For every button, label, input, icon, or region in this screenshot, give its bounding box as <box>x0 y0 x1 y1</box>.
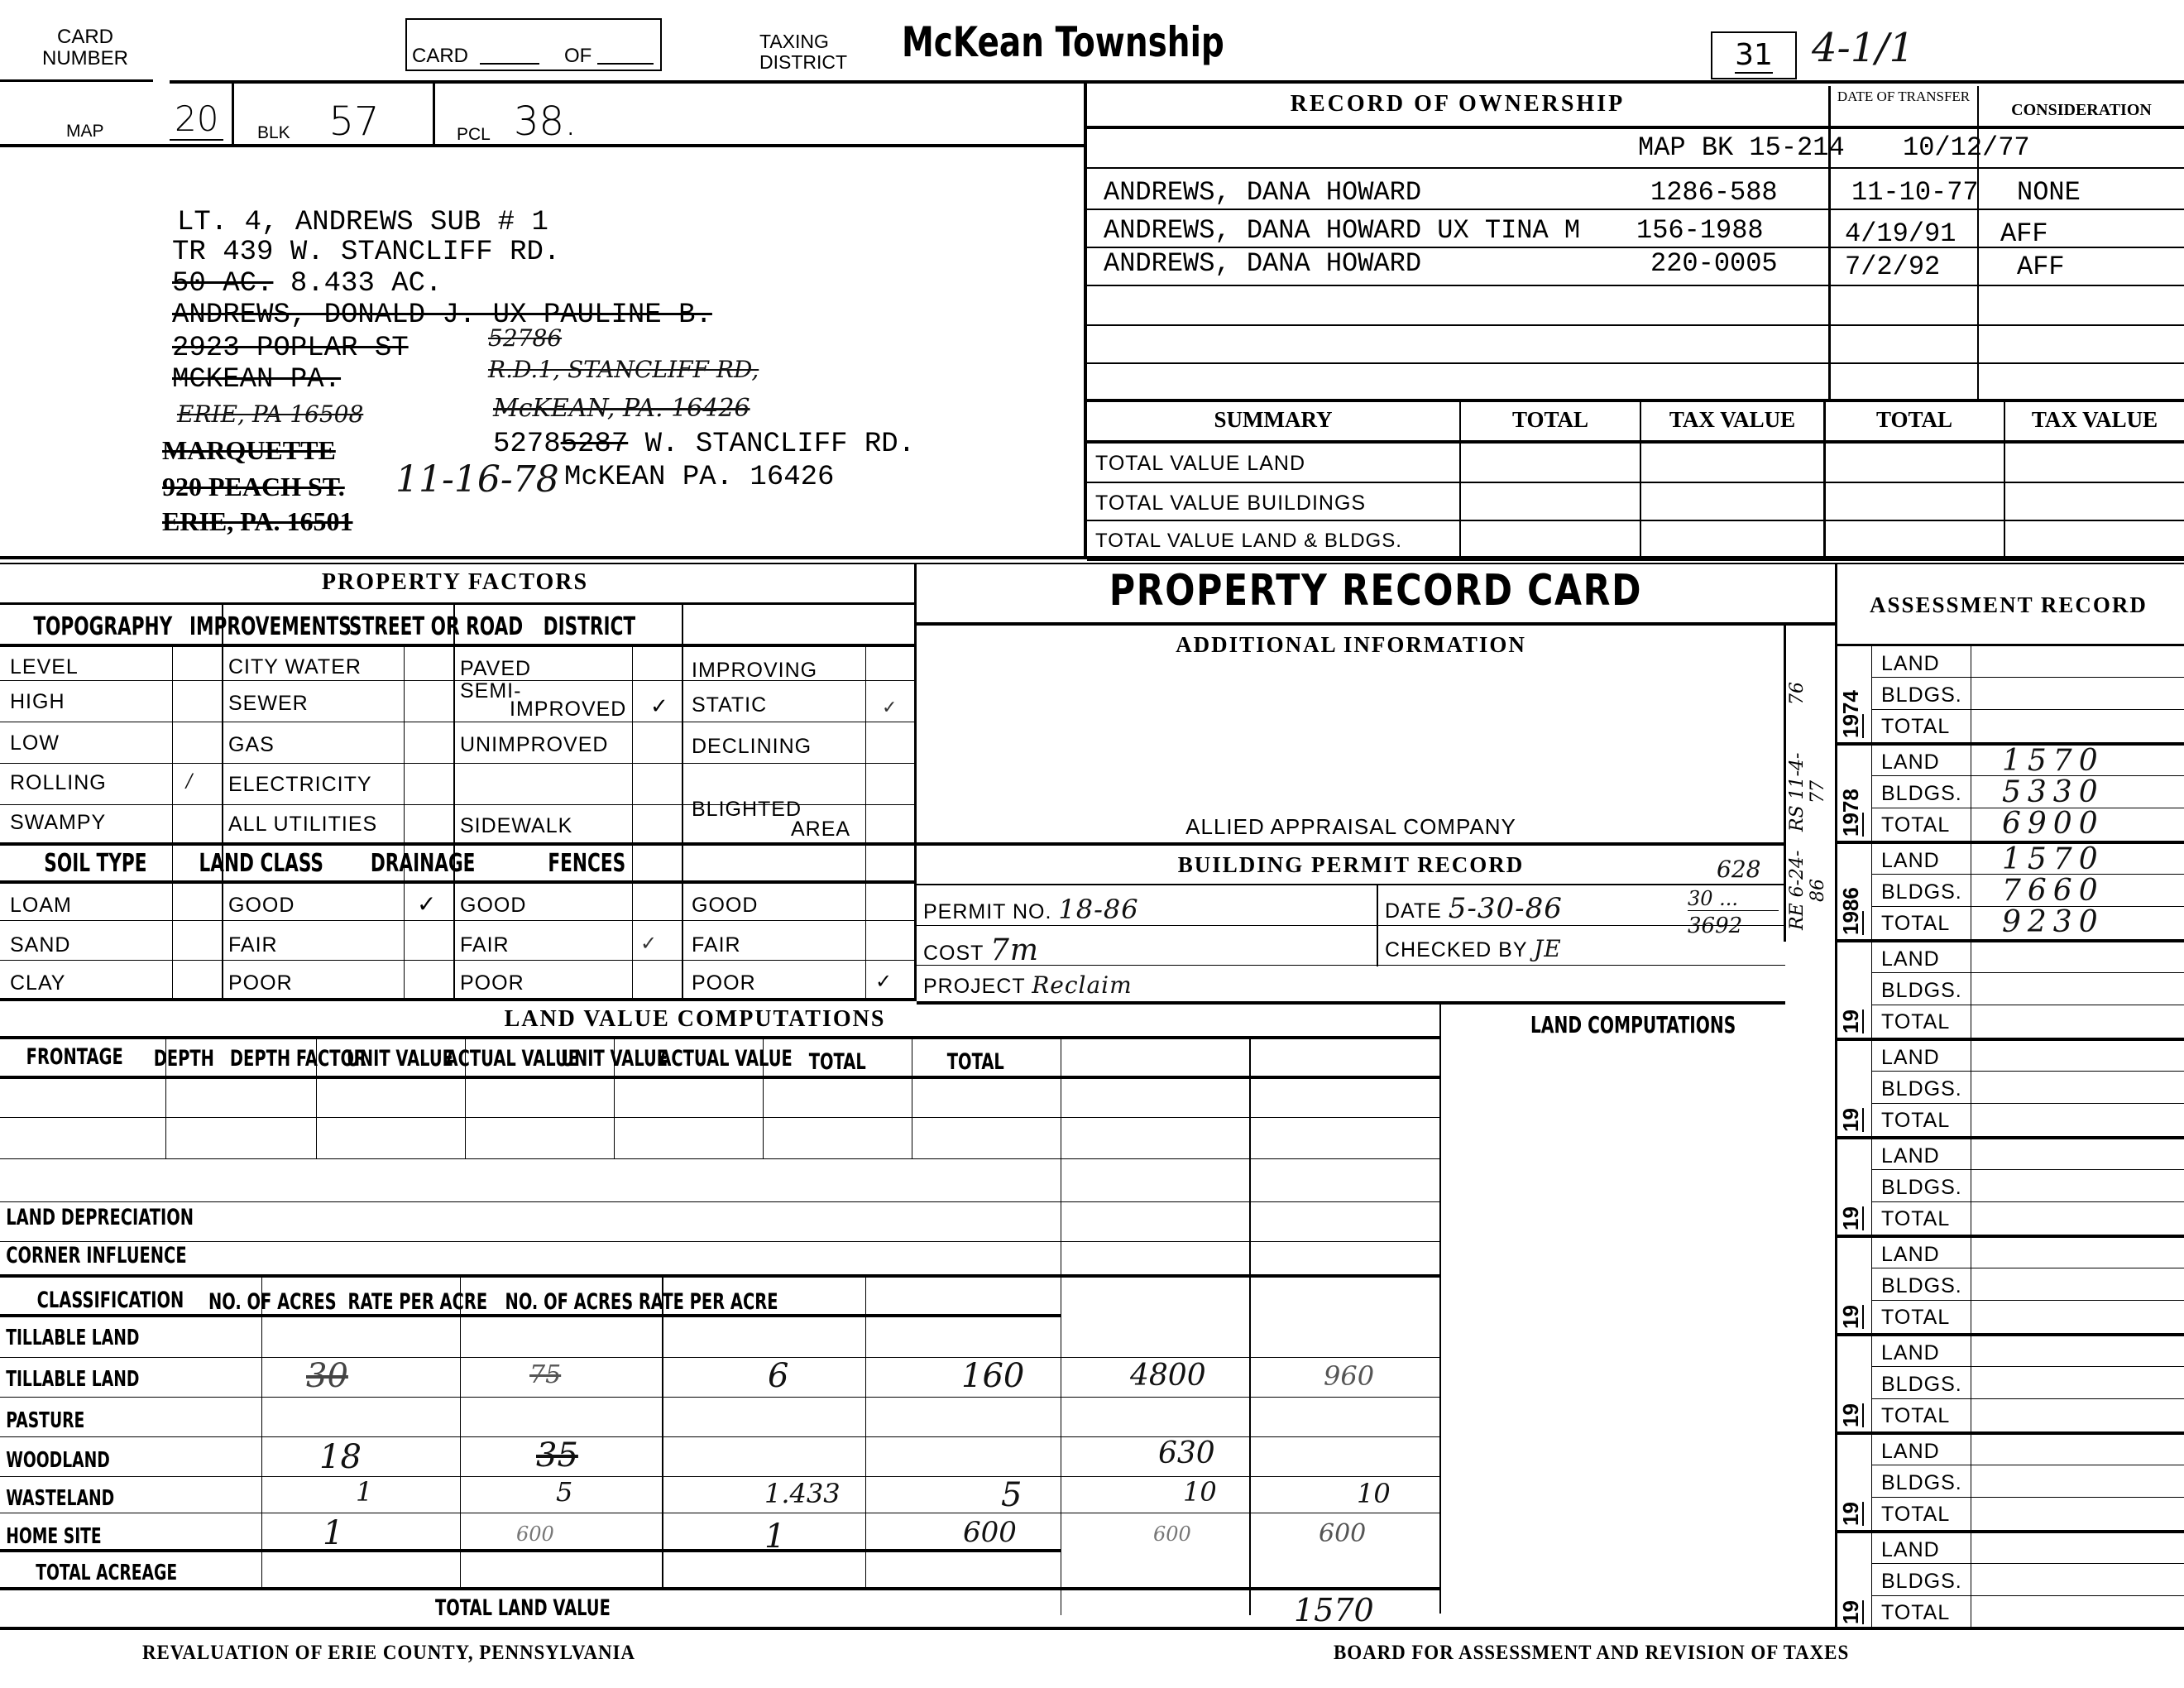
assessment-total-label: TOTAL <box>1881 715 1950 739</box>
permit-title: BUILDING PERMIT RECORD <box>917 852 1785 878</box>
ownership-row-0-date: 10/12/77 <box>1903 132 2030 163</box>
street-road-header: STREET OR ROAD <box>349 612 523 641</box>
pcl-field[interactable]: PCL 38. <box>435 84 1085 146</box>
topo-high: HIGH <box>10 690 65 714</box>
col-total-1: TOTAL <box>809 1049 866 1075</box>
ownership-row-0-book: MAP BK 15-214 <box>1638 132 1845 163</box>
legal-line-marquette: MARQUETTE <box>162 435 336 466</box>
assessment-side-note: RS 11-4-77 <box>1787 750 1833 833</box>
total-acreage-label: TOTAL ACREAGE <box>36 1561 177 1585</box>
assessment-bldgs-label: BLDGS. <box>1881 1373 1962 1397</box>
land-class-header: LAND CLASS <box>199 849 323 878</box>
assessment-total-label: TOTAL <box>1881 1404 1950 1428</box>
fences-poor: POOR <box>692 971 756 995</box>
ownership-row-2-date: 4/19/91 <box>1845 218 1956 249</box>
ownership-row-2-consideration: AFF <box>2000 218 2048 249</box>
assessment-total-label: TOTAL <box>1881 912 1950 936</box>
assessment-land-label: LAND <box>1881 652 1940 676</box>
assessment-bldgs-label: BLDGS. <box>1881 1077 1962 1101</box>
assessment-year: 19 <box>1838 1043 1868 1132</box>
imp-gas: GAS <box>228 733 275 757</box>
legal-line-prev-owner: ANDREWS, DONALD J. UX PAULINE B. <box>172 300 712 331</box>
land-computations-title: LAND COMPUTATIONS <box>1530 1011 1736 1038</box>
ownership-row-3-consideration: AFF <box>2017 252 2065 282</box>
assessment-side-note <box>1787 947 1833 1030</box>
ownership-row-2-book: 156-1988 <box>1636 215 1764 246</box>
ownership-row-3-name: ANDREWS, DANA HOWARD <box>1104 248 1421 279</box>
assessment-bldgs-label: BLDGS. <box>1881 683 1962 707</box>
assessment-land-label: LAND <box>1881 1440 1940 1464</box>
soil-sand: SAND <box>10 933 70 957</box>
soil-loam: LOAM <box>10 894 72 918</box>
current-address-line1: 52785287 W. STANCLIFF RD. <box>493 429 915 460</box>
legal-line-prev-street: 2923 POPLAR ST <box>172 333 409 364</box>
ownership-row-1-name: ANDREWS, DANA HOWARD <box>1104 177 1421 208</box>
address-change-date: 11-16-78 <box>395 458 559 501</box>
assessment-bldgs-label: BLDGS. <box>1881 1570 1962 1594</box>
class-row-3-total1: 630 <box>1158 1436 1215 1470</box>
legal-line-peach: 920 PEACH ST. <box>162 472 345 502</box>
permit-side-note-1: 628 <box>1717 856 1760 883</box>
card-box-number: 31 <box>1711 31 1797 79</box>
class-row-4-total2: 10 <box>1357 1478 1391 1509</box>
class-row-4-rate2: 5 <box>1001 1476 1022 1514</box>
card-title: PROPERTY RECORD CARD <box>999 566 1752 616</box>
land-class-good-check[interactable]: ✓ <box>417 890 437 918</box>
drainage-good: GOOD <box>460 894 526 918</box>
assessment-total-value[interactable]: 6900 <box>2002 807 2105 841</box>
imp-all-utilities: ALL UTILITIES <box>228 813 377 837</box>
legal-line-acreage: 50 AC. 8.433 AC. <box>172 268 442 300</box>
street-semi-improved-check[interactable]: ✓ <box>650 693 669 719</box>
handwritten-struck-1: 52786 <box>488 324 562 352</box>
assessment-land-label: LAND <box>1881 1243 1940 1267</box>
permit-project-field[interactable]: PROJECT Reclaim <box>923 971 1133 999</box>
assessment-land-label: LAND <box>1881 947 1940 971</box>
assessment-land-label: LAND <box>1881 1046 1940 1070</box>
additional-info-title: ADDITIONAL INFORMATION <box>917 632 1785 658</box>
drainage-poor: POOR <box>460 971 524 995</box>
class-row-1-acres1: 30 <box>306 1357 348 1395</box>
total-land-value-label: TOTAL LAND VALUE <box>435 1595 611 1621</box>
legal-line-erie: ERIE, PA. 16501 <box>162 506 353 537</box>
improvements-header: IMPROVEMENTS <box>189 612 352 641</box>
class-row-0-label: TILLABLE LAND <box>6 1326 139 1350</box>
land-value-title: LAND VALUE COMPUTATIONS <box>463 1006 927 1033</box>
district-static-check[interactable]: ✓ <box>882 697 898 718</box>
soil-type-header: SOIL TYPE <box>44 849 146 878</box>
district-declining: DECLINING <box>692 735 812 759</box>
land-class-fair: FAIR <box>228 933 278 957</box>
class-row-3-acres1: 18 <box>319 1438 362 1476</box>
footer-right: BOARD FOR ASSESSMENT AND REVISION OF TAX… <box>1334 1642 1849 1665</box>
class-row-1-rate2: 160 <box>961 1357 1024 1395</box>
handwritten-struck-3: McKEAN, PA. 16426 <box>493 394 750 423</box>
class-row-5-rate2: 600 <box>963 1516 1017 1549</box>
class-row-1-total1: 4800 <box>1130 1359 1206 1393</box>
assessment-total-value[interactable]: 9230 <box>2002 905 2105 939</box>
land-class-poor: POOR <box>228 971 293 995</box>
footer-left: REVALUATION OF ERIE COUNTY, PENNSYLVANIA <box>142 1642 635 1665</box>
street-sidewalk: SIDEWALK <box>460 814 572 838</box>
class-row-3-label: WOODLAND <box>6 1448 110 1473</box>
assessment-land-value[interactable]: 1570 <box>2002 842 2105 876</box>
summary-tax-header: TAX VALUE <box>1641 407 1823 433</box>
fences-good: GOOD <box>692 894 758 918</box>
ownership-row-1-date: 11-10-77 <box>1851 177 1979 208</box>
soil-clay: CLAY <box>10 971 65 995</box>
summary-total-header: TOTAL <box>1461 407 1640 433</box>
fences-poor-check[interactable]: ✓ <box>875 970 893 994</box>
drainage-fair: FAIR <box>460 933 510 957</box>
assessment-year: 19 <box>1838 1338 1868 1427</box>
permit-date-field[interactable]: DATE 5-30-86 <box>1385 892 1563 925</box>
date-of-transfer-header: DATE OF TRANSFER <box>1830 89 1977 104</box>
col-acres-2: NO. OF ACRES <box>505 1289 634 1315</box>
class-row-3-rate1: 35 <box>536 1436 578 1475</box>
assessment-year: 19 <box>1838 1141 1868 1230</box>
summary-row-buildings: TOTAL VALUE BUILDINGS <box>1095 492 1366 516</box>
topo-swampy: SWAMPY <box>10 811 106 835</box>
summary-row-land: TOTAL VALUE LAND <box>1095 452 1305 476</box>
class-row-4-rate1: 5 <box>556 1476 572 1508</box>
ownership-row-3-book: 220-0005 <box>1650 248 1778 279</box>
topo-low: LOW <box>10 731 60 755</box>
assessment-side-note <box>1787 1243 1833 1326</box>
assessment-year: 19 <box>1838 1240 1868 1329</box>
property-factors-title: PROPERTY FACTORS <box>0 569 910 596</box>
ownership-title: RECORD OF OWNERSHIP <box>1087 91 1828 117</box>
drainage-fair-check[interactable]: ✓ <box>640 932 658 956</box>
imp-sewer: SEWER <box>228 692 309 716</box>
assessment-year: 19 <box>1838 944 1868 1033</box>
col-rate-1: RATE PER ACRE <box>347 1289 487 1315</box>
assessment-total-label: TOTAL <box>1881 1109 1950 1133</box>
assessment-year: 19 <box>1838 1436 1868 1526</box>
legal-line-prev-city: MCKEAN PA. <box>172 364 341 396</box>
assessment-land-label: LAND <box>1881 849 1940 873</box>
class-row-5-total1: 600 <box>1153 1523 1191 1546</box>
summary-total2-header: TOTAL <box>1825 407 2004 433</box>
col-total-2: TOTAL <box>947 1049 1004 1075</box>
ownership-row-1-consideration: NONE <box>2017 177 2081 208</box>
class-row-2-label: PASTURE <box>6 1408 84 1433</box>
class-row-4-label: WASTELAND <box>6 1486 114 1511</box>
col-frontage: FRONTAGE <box>26 1044 123 1070</box>
assessment-title: ASSESSMENT RECORD <box>1870 592 2148 618</box>
street-paved: PAVED <box>460 657 531 681</box>
assessment-year: 19 <box>1838 1535 1868 1624</box>
col-classification: CLASSIFICATION <box>37 1288 184 1313</box>
col-acres-1: NO. OF ACRES <box>208 1289 337 1315</box>
permit-no-field[interactable]: PERMIT NO. 18-86 <box>923 894 1139 925</box>
class-row-1-total2: 960 <box>1324 1360 1374 1392</box>
assessment-land-value[interactable]: 1570 <box>2002 744 2105 778</box>
class-row-5-acres1: 1 <box>323 1514 343 1552</box>
assessment-side-note: RE 6-24-86 <box>1787 849 1833 932</box>
assessment-total-label: TOTAL <box>1881 1503 1950 1527</box>
col-actual-value-2: ACTUAL VALUE <box>659 1046 792 1072</box>
assessment-total-label: TOTAL <box>1881 813 1950 837</box>
permit-side-note-2: 30 ... <box>1688 887 1779 911</box>
taxing-district-value: McKean Township <box>902 18 1224 66</box>
box-handwritten-note: 4-1/1 <box>1812 25 1914 71</box>
class-row-4-total1: 10 <box>1183 1476 1217 1508</box>
assessment-side-note <box>1787 1144 1833 1227</box>
topo-rolling-check[interactable]: / <box>186 771 193 792</box>
legal-line-lot: LT. 4, ANDREWS SUB # 1 <box>177 207 548 238</box>
card-number-label: CARD NUMBER <box>23 26 147 70</box>
topo-level: LEVEL <box>10 655 79 679</box>
assessment-bldgs-label: BLDGS. <box>1881 782 1962 806</box>
assessment-bldgs-label: BLDGS. <box>1881 1274 1962 1298</box>
appraisal-company: ALLIED APPRAISAL COMPANY <box>917 814 1785 840</box>
map-field[interactable]: MAP 20 <box>0 84 232 146</box>
permit-checked-field[interactable]: CHECKED BY JE <box>1385 935 1562 962</box>
assessment-bldgs-label: BLDGS. <box>1881 979 1962 1003</box>
assessment-side-note <box>1787 1046 1833 1129</box>
assessment-bldgs-value[interactable]: 7660 <box>2002 874 2105 908</box>
permit-cost-field[interactable]: COST 7m <box>923 933 1039 967</box>
summary-row-total: TOTAL VALUE LAND & BLDGS. <box>1095 530 1402 553</box>
class-row-1-rate1: 75 <box>529 1360 561 1389</box>
permit-side-note-3: 3692 <box>1688 914 1742 938</box>
assessment-year: 1986 <box>1838 846 1868 935</box>
assessment-side-note <box>1787 1440 1833 1523</box>
assessment-total-label: TOTAL <box>1881 1601 1950 1625</box>
blk-field[interactable]: BLK 57 <box>234 84 433 146</box>
assessment-side-note <box>1787 1538 1833 1621</box>
col-unit-value-1: UNIT VALUE <box>347 1046 453 1072</box>
imp-electricity: ELECTRICITY <box>228 773 372 797</box>
assessment-year: 1974 <box>1838 649 1868 738</box>
corner-influence-label: CORNER INFLUENCE <box>6 1243 186 1268</box>
topography-header: TOPOGRAPHY <box>33 612 172 641</box>
summary-tax2-header: TAX VALUE <box>2005 407 2184 433</box>
drainage-header: DRAINAGE <box>371 849 476 878</box>
col-depth: DEPTH <box>154 1046 214 1072</box>
street-semi-improved: SEMI-IMPROVED <box>460 682 634 718</box>
assessment-year: 1978 <box>1838 747 1868 837</box>
district-blighted-area: BLIGHTEDAREA <box>692 799 865 839</box>
card-of-box[interactable]: CARD OF <box>405 18 662 71</box>
imp-city-water: CITY WATER <box>228 655 362 679</box>
assessment-land-label: LAND <box>1881 1144 1940 1168</box>
fences-header: FENCES <box>548 849 625 878</box>
additional-info-area[interactable] <box>918 662 1787 811</box>
district-header: DISTRICT <box>544 612 636 641</box>
assessment-total-label: TOTAL <box>1881 1306 1950 1330</box>
assessment-land-label: LAND <box>1881 1538 1940 1562</box>
district-static: STATIC <box>692 693 767 717</box>
class-row-4-acres1: 1 <box>356 1476 372 1508</box>
ownership-row-1-book: 1286-588 <box>1650 177 1778 208</box>
col-rate-2: RATE PER ACRE <box>639 1289 778 1315</box>
land-depreciation-label: LAND DEPRECIATION <box>6 1205 194 1230</box>
consideration-header: CONSIDERATION <box>1979 101 2184 120</box>
current-address-line2: McKEAN PA. 16426 <box>564 462 834 493</box>
handwritten-struck-2: R.D.1, STANCLIFF RD, <box>488 356 759 383</box>
class-row-5-rate1: 600 <box>516 1523 554 1546</box>
fences-fair: FAIR <box>692 933 741 957</box>
assessment-side-note <box>1787 1341 1833 1424</box>
assessment-bldgs-value[interactable]: 5330 <box>2002 775 2105 809</box>
ownership-row-3-date: 7/2/92 <box>1845 252 1940 282</box>
assessment-total-label: TOTAL <box>1881 1010 1950 1034</box>
ownership-row-2-name: ANDREWS, DANA HOWARD UX TINA M <box>1104 215 1580 246</box>
assessment-bldgs-label: BLDGS. <box>1881 1471 1962 1495</box>
class-row-1-acres2: 6 <box>768 1357 788 1395</box>
assessment-land-label: LAND <box>1881 1341 1940 1365</box>
topo-rolling: ROLLING <box>10 771 107 795</box>
class-row-1-label: TILLABLE LAND <box>6 1367 139 1392</box>
district-improving: IMPROVING <box>692 659 817 683</box>
summary-header: SUMMARY <box>1087 407 1459 433</box>
street-unimproved: UNIMPROVED <box>460 733 608 757</box>
class-row-5-total2: 600 <box>1319 1519 1366 1548</box>
assessment-bldgs-label: BLDGS. <box>1881 880 1962 904</box>
assessment-total-label: TOTAL <box>1881 1207 1950 1231</box>
assessment-side-note: 76 <box>1787 652 1833 735</box>
taxing-district-label: TAXING DISTRICT <box>759 31 867 73</box>
class-row-4-acres2: 1.433 <box>764 1478 841 1509</box>
legal-line-prev-erie: ERIE, PA 16508 <box>177 400 363 428</box>
assessment-bldgs-label: BLDGS. <box>1881 1176 1962 1200</box>
land-class-good: GOOD <box>228 894 295 918</box>
assessment-land-label: LAND <box>1881 750 1940 774</box>
class-row-5-label: HOME SITE <box>6 1524 102 1549</box>
legal-line-road: TR 439 W. STANCLIFF RD. <box>172 237 560 268</box>
total-land-value: 1570 <box>1294 1592 1374 1628</box>
